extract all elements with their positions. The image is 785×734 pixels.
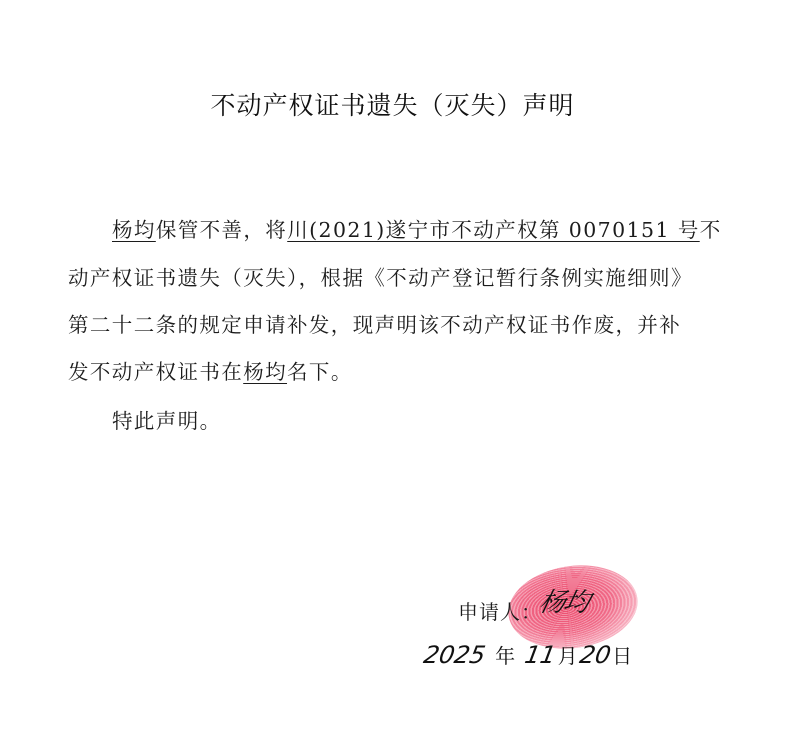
handwritten-signature: 杨均	[536, 582, 592, 619]
signing-date: 2025年11月20日	[424, 640, 634, 669]
body-text: 名下。	[287, 360, 353, 384]
body-line-3: 第二十二条的规定申请补发，现声明该不动产权证书作废，并补	[68, 308, 681, 338]
closing-statement: 特此声明。	[112, 404, 222, 434]
date-month: 11	[523, 641, 558, 669]
date-year: 2025	[422, 641, 488, 669]
applicant-label: 申请人：	[458, 596, 542, 625]
body-text: 保管不善，将	[156, 218, 287, 242]
document-title: 不动产权证书遗失（灭失）声明	[0, 86, 785, 122]
owner-name: 杨均	[243, 360, 287, 384]
owner-name: 杨均	[112, 218, 156, 242]
date-month-label: 月	[558, 644, 578, 668]
certificate-number: 川(2021)遂宁市不动产权第 0070151 号	[287, 218, 700, 242]
date-day: 20	[577, 641, 612, 669]
body-text: 不	[700, 218, 722, 242]
body-line-2: 动产权证书遗失（灭失），根据《不动产登记暂行条例实施细则》	[68, 261, 693, 291]
body-line-4: 发不动产权证书在杨均名下。	[68, 355, 353, 385]
body-text: 发不动产权证书在	[68, 360, 243, 384]
declaration-page: 不动产权证书遗失（灭失）声明 杨均保管不善，将川(2021)遂宁市不动产权第 0…	[0, 0, 785, 734]
body-line-1: 杨均保管不善，将川(2021)遂宁市不动产权第 0070151 号不	[112, 213, 722, 243]
date-year-label: 年	[495, 644, 515, 668]
date-day-label: 日	[612, 644, 632, 668]
